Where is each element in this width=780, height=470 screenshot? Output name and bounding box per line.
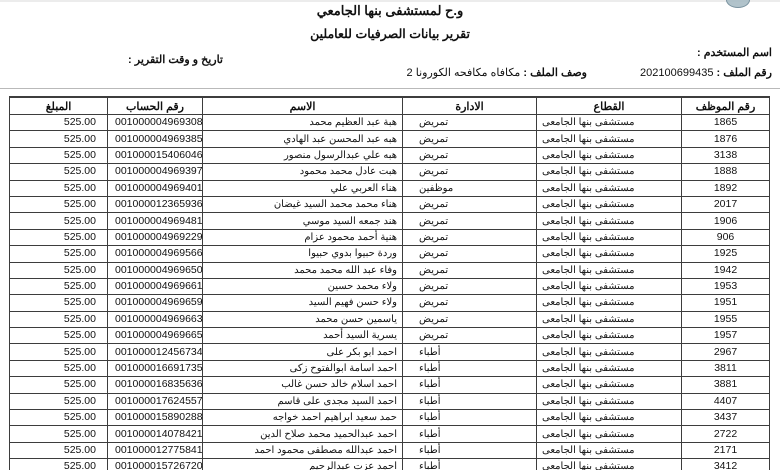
cell-name: هبت عادل محمد محمود (203, 164, 403, 180)
cell-amount: 525.00 (10, 344, 108, 360)
cell-account: 001000015406046 (108, 147, 203, 163)
cell-account: 001000012456734 (108, 344, 203, 360)
column-header-sector: القطاع (537, 97, 682, 115)
cell-sector: مستشفى بنها الجامعى (537, 196, 682, 212)
table-row: 1892مستشفى بنها الجامعىموظفينهناء العربي… (10, 180, 770, 196)
cell-employee_id: 1888 (682, 164, 770, 180)
table-row: 1957مستشفى بنها الجامعىتمريضيسرية السيد … (10, 328, 770, 344)
table-row: 3437مستشفى بنها الجامعىأطباءحمد سعيد ابر… (10, 410, 770, 426)
table-row: 3811مستشفى بنها الجامعىأطباءاحمد اسامة ا… (10, 360, 770, 376)
cell-name: يسرية السيد أحمد (203, 328, 403, 344)
table-row: 3412مستشفى بنها الجامعىأطباءاحمد عزت عبد… (10, 459, 770, 470)
cell-employee_id: 1942 (682, 262, 770, 278)
cell-sector: مستشفى بنها الجامعى (537, 131, 682, 147)
file-number-label: رقم الملف : (717, 67, 772, 79)
cell-account: 001000004969385 (108, 131, 203, 147)
cell-sector: مستشفى بنها الجامعى (537, 442, 682, 458)
cell-name: ياسمين حسن محمد (203, 311, 403, 327)
cell-amount: 525.00 (10, 360, 108, 376)
cell-account: 001000004969308 (108, 115, 203, 131)
cell-department: أطباء (403, 393, 537, 409)
table-row: 1951مستشفى بنها الجامعىتمريضولاء حسن فهي… (10, 295, 770, 311)
window-edge-artifact (0, 0, 780, 2)
cell-employee_id: 3138 (682, 147, 770, 163)
cell-employee_id: 3412 (682, 459, 770, 470)
cell-sector: مستشفى بنها الجامعى (537, 115, 682, 131)
cell-department: أطباء (403, 344, 537, 360)
table-row: 2017مستشفى بنها الجامعىتمريضهناء محمد مح… (10, 196, 770, 212)
cell-sector: مستشفى بنها الجامعى (537, 426, 682, 442)
table-row: 1925مستشفى بنها الجامعىتمريضوردة حبيوا ب… (10, 246, 770, 262)
table-row: 1888مستشفى بنها الجامعىتمريضهبت عادل محم… (10, 164, 770, 180)
column-header-employee-id: رقم الموظف (682, 97, 770, 115)
cell-account: 001000004969661 (108, 278, 203, 294)
cell-name: ولاء محمد حسين (203, 278, 403, 294)
cell-amount: 525.00 (10, 311, 108, 327)
cell-amount: 525.00 (10, 459, 108, 470)
cell-amount: 525.00 (10, 442, 108, 458)
cell-employee_id: 3811 (682, 360, 770, 376)
column-header-amount: المبلغ (10, 97, 108, 115)
header-divider (0, 88, 780, 89)
cell-department: أطباء (403, 442, 537, 458)
cell-account: 001000004969566 (108, 246, 203, 262)
cell-department: تمريض (403, 278, 537, 294)
file-number-value: 202100699435 (636, 67, 713, 79)
cell-amount: 525.00 (10, 262, 108, 278)
cell-sector: مستشفى بنها الجامعى (537, 360, 682, 376)
report-datetime-field: تاريخ و وقت التقرير : (128, 53, 223, 66)
cell-name: احمد عبدالله مصطفى محمود احمد (203, 442, 403, 458)
cell-employee_id: 1906 (682, 213, 770, 229)
cell-department: أطباء (403, 360, 537, 376)
cell-department: تمريض (403, 147, 537, 163)
cell-employee_id: 1925 (682, 246, 770, 262)
cell-department: تمريض (403, 311, 537, 327)
table-row: 1906مستشفى بنها الجامعىتمريضهند جمعه الس… (10, 213, 770, 229)
cell-account: 001000016835636 (108, 377, 203, 393)
table-row: 2171مستشفى بنها الجامعىأطباءاحمد عبدالله… (10, 442, 770, 458)
cell-account: 001000004969663 (108, 311, 203, 327)
cell-sector: مستشفى بنها الجامعى (537, 459, 682, 470)
cell-department: تمريض (403, 213, 537, 229)
cell-sector: مستشفى بنها الجامعى (537, 295, 682, 311)
cell-account: 001000015726720 (108, 459, 203, 470)
cell-employee_id: 1951 (682, 295, 770, 311)
cell-amount: 525.00 (10, 410, 108, 426)
cell-department: تمريض (403, 131, 537, 147)
cell-employee_id: 906 (682, 229, 770, 245)
report-datetime-label: تاريخ و وقت التقرير : (128, 54, 223, 66)
cell-amount: 525.00 (10, 278, 108, 294)
cell-employee_id: 1865 (682, 115, 770, 131)
cell-department: أطباء (403, 426, 537, 442)
cell-name: احمد السيد مجدى على قاسم (203, 393, 403, 409)
cell-amount: 525.00 (10, 131, 108, 147)
cell-account: 001000012775841 (108, 442, 203, 458)
username-field: اسم المستخدم : (697, 46, 772, 59)
cell-name: هناء محمد محمد السيد غيضان (203, 196, 403, 212)
report-title: و.ح لمستشفى بنها الجامعي (0, 3, 780, 19)
cell-employee_id: 1957 (682, 328, 770, 344)
table-row: 1955مستشفى بنها الجامعىتمريضياسمين حسن م… (10, 311, 770, 327)
cell-employee_id: 1892 (682, 180, 770, 196)
cell-name: وردة حبيوا بدوي حبيوا (203, 246, 403, 262)
cell-amount: 525.00 (10, 115, 108, 131)
column-header-account: رقم الحساب (108, 97, 203, 115)
cell-employee_id: 1876 (682, 131, 770, 147)
cell-account: 001000012365936 (108, 196, 203, 212)
cell-account: 001000015890288 (108, 410, 203, 426)
cell-employee_id: 2017 (682, 196, 770, 212)
table-row: 3881مستشفى بنها الجامعىأطباءاحمد اسلام خ… (10, 377, 770, 393)
table-row: 1942مستشفى بنها الجامعىتمريضوفاء عبد الل… (10, 262, 770, 278)
cell-amount: 525.00 (10, 213, 108, 229)
cell-sector: مستشفى بنها الجامعى (537, 246, 682, 262)
cell-department: تمريض (403, 196, 537, 212)
cell-account: 001000004969659 (108, 295, 203, 311)
table-header-row: رقم الموظف القطاع الادارة الاسم رقم الحس… (10, 97, 770, 115)
cell-amount: 525.00 (10, 393, 108, 409)
cell-name: هناء العربي علي (203, 180, 403, 196)
column-header-name: الاسم (203, 97, 403, 115)
cell-department: تمريض (403, 229, 537, 245)
cell-name: ولاء حسن فهيم السيد (203, 295, 403, 311)
table-body: 1865مستشفى بنها الجامعىتمريضهبة عبد العظ… (10, 115, 770, 470)
cell-sector: مستشفى بنها الجامعى (537, 180, 682, 196)
cell-name: احمد عبدالحميد محمد صلاح الدين (203, 426, 403, 442)
cell-department: تمريض (403, 262, 537, 278)
table-row: 1876مستشفى بنها الجامعىتمريضهبه عبد المح… (10, 131, 770, 147)
cell-sector: مستشفى بنها الجامعى (537, 229, 682, 245)
cell-department: تمريض (403, 164, 537, 180)
cell-employee_id: 4407 (682, 393, 770, 409)
cell-amount: 525.00 (10, 426, 108, 442)
cell-account: 001000004969665 (108, 328, 203, 344)
cell-department: موظفين (403, 180, 537, 196)
cell-account: 001000004969481 (108, 213, 203, 229)
cell-amount: 525.00 (10, 246, 108, 262)
cell-department: تمريض (403, 115, 537, 131)
table-row: 1865مستشفى بنها الجامعىتمريضهبة عبد العظ… (10, 115, 770, 131)
cell-amount: 525.00 (10, 328, 108, 344)
cell-amount: 525.00 (10, 180, 108, 196)
table-row: 2967مستشفى بنها الجامعىأطباءاحمد ابو بكر… (10, 344, 770, 360)
cell-account: 001000017624557 (108, 393, 203, 409)
cell-sector: مستشفى بنها الجامعى (537, 328, 682, 344)
cell-account: 001000004969397 (108, 164, 203, 180)
cell-sector: مستشفى بنها الجامعى (537, 410, 682, 426)
file-desc-field: وصف الملف : مكافاه مكافحه الكورونا 2 (403, 66, 587, 79)
cell-name: هبة عبد العظيم محمد (203, 115, 403, 131)
file-desc-label: وصف الملف : (523, 67, 587, 79)
cell-name: احمد اسامة ابوالفتوح زكى (203, 360, 403, 376)
cell-amount: 525.00 (10, 164, 108, 180)
cell-account: 001000016691735 (108, 360, 203, 376)
table-row: 4407مستشفى بنها الجامعىأطباءاحمد السيد م… (10, 393, 770, 409)
cell-name: هبه علي عبدالرسول منصور (203, 147, 403, 163)
report-page: { "colors": { "table_border": "#3d3d3d",… (0, 0, 780, 470)
disbursement-table: رقم الموظف القطاع الادارة الاسم رقم الحس… (9, 96, 770, 470)
cell-sector: مستشفى بنها الجامعى (537, 311, 682, 327)
cell-employee_id: 2722 (682, 426, 770, 442)
table-header: رقم الموظف القطاع الادارة الاسم رقم الحس… (10, 97, 770, 115)
file-number-field: رقم الملف : 202100699435 (636, 66, 772, 79)
table-row: 906مستشفى بنها الجامعىتمريضهنية أحمد محم… (10, 229, 770, 245)
cell-amount: 525.00 (10, 377, 108, 393)
column-header-department: الادارة (403, 97, 537, 115)
cell-sector: مستشفى بنها الجامعى (537, 344, 682, 360)
cell-employee_id: 1953 (682, 278, 770, 294)
table-row: 1953مستشفى بنها الجامعىتمريضولاء محمد حس… (10, 278, 770, 294)
cell-name: هند جمعه السيد موسي (203, 213, 403, 229)
username-label: اسم المستخدم : (697, 47, 772, 59)
cell-account: 001000014078421 (108, 426, 203, 442)
cell-department: أطباء (403, 459, 537, 470)
cell-sector: مستشفى بنها الجامعى (537, 278, 682, 294)
cell-sector: مستشفى بنها الجامعى (537, 393, 682, 409)
cell-sector: مستشفى بنها الجامعى (537, 213, 682, 229)
cell-employee_id: 2967 (682, 344, 770, 360)
cell-employee_id: 3437 (682, 410, 770, 426)
cell-department: أطباء (403, 377, 537, 393)
cell-amount: 525.00 (10, 196, 108, 212)
cell-department: تمريض (403, 246, 537, 262)
cell-amount: 525.00 (10, 147, 108, 163)
table-row: 2722مستشفى بنها الجامعىأطباءاحمد عبدالحم… (10, 426, 770, 442)
report-subtitle: تقرير بيانات الصرفيات للعاملين (0, 26, 780, 41)
cell-amount: 525.00 (10, 229, 108, 245)
cell-sector: مستشفى بنها الجامعى (537, 147, 682, 163)
cell-sector: مستشفى بنها الجامعى (537, 377, 682, 393)
file-desc-value: مكافاه مكافحه الكورونا 2 (403, 67, 521, 79)
cell-name: احمد عزت عبدالرحيم (203, 459, 403, 470)
cell-account: 001000004969401 (108, 180, 203, 196)
cell-department: أطباء (403, 410, 537, 426)
cell-employee_id: 2171 (682, 442, 770, 458)
cell-name: هبه عبد المحسن عبد الهادي (203, 131, 403, 147)
cell-name: احمد اسلام خالد حسن غالب (203, 377, 403, 393)
cell-account: 001000004969650 (108, 262, 203, 278)
cell-account: 001000004969229 (108, 229, 203, 245)
cell-sector: مستشفى بنها الجامعى (537, 262, 682, 278)
cell-employee_id: 1955 (682, 311, 770, 327)
cell-name: احمد ابو بكر على (203, 344, 403, 360)
table-row: 3138مستشفى بنها الجامعىتمريضهبه علي عبدا… (10, 147, 770, 163)
cell-name: هنية أحمد محمود عزام (203, 229, 403, 245)
cell-department: تمريض (403, 328, 537, 344)
cell-employee_id: 3881 (682, 377, 770, 393)
cell-department: تمريض (403, 295, 537, 311)
cell-sector: مستشفى بنها الجامعى (537, 164, 682, 180)
cell-name: حمد سعيد ابراهيم احمد خواجه (203, 410, 403, 426)
cell-name: وفاء عبد الله محمد محمد (203, 262, 403, 278)
cell-amount: 525.00 (10, 295, 108, 311)
